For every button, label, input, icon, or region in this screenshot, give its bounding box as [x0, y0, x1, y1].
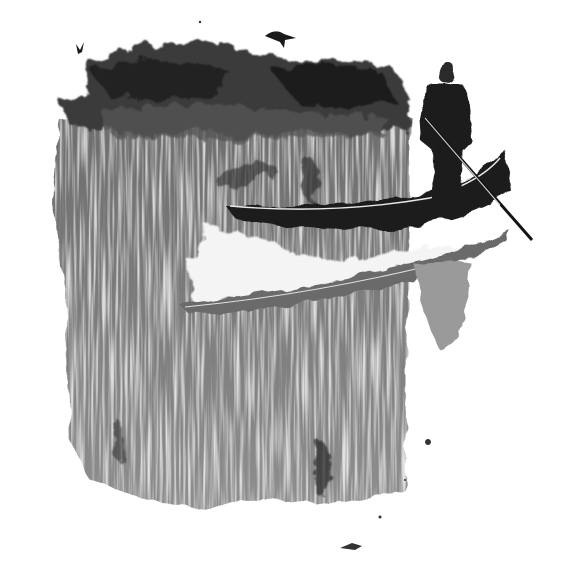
- dark-cloud-mass: [60, 42, 410, 140]
- ink-painting: [0, 0, 576, 576]
- gondolier-reflection: [415, 262, 470, 350]
- bird-left: [76, 42, 84, 54]
- gondolier: [418, 61, 472, 200]
- bird-center: [265, 31, 296, 48]
